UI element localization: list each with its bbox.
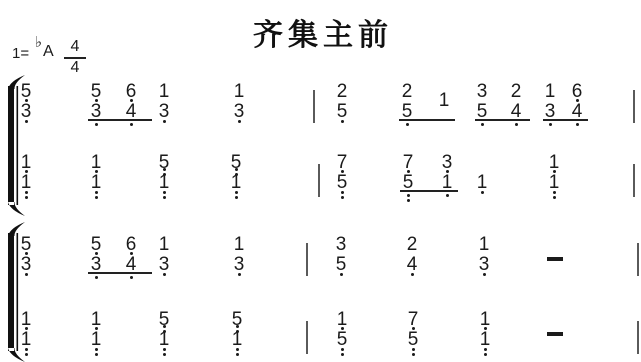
octave-dot [163,120,166,123]
octave-dot [484,348,487,351]
beam-underline [475,119,530,121]
octave-dot [576,123,579,126]
octave-dot [340,273,343,276]
note-digit: 3 [16,102,36,121]
octave-dot [481,123,484,126]
barline [306,321,308,354]
note-digit: 5 [331,255,351,274]
note-digit: 3 [154,102,174,121]
octave-dot [163,325,166,328]
octave-dot [163,273,166,276]
octave-dot [130,276,133,279]
beam-underline [543,119,588,121]
octave-dot [411,273,414,276]
note-digit: 2 [506,82,526,101]
octave-dot [25,273,28,276]
note-digit: 1 [229,235,249,254]
octave-dot [236,325,239,328]
barline [313,90,315,123]
note-digit: 1 [540,82,560,101]
octave-dot [95,353,98,356]
note-digit: 3 [16,255,36,274]
note-digit: 1 [86,173,106,192]
octave-dot [446,194,449,197]
octave-dot [163,168,166,171]
note-digit: 2 [397,82,417,101]
octave-dot [163,348,166,351]
octave-dot [25,353,28,356]
octave-dot [341,353,344,356]
octave-dot [95,276,98,279]
note-digit: 1 [154,235,174,254]
note-digit: 1 [475,330,495,349]
note-digit: 3 [229,255,249,274]
beam-underline [399,119,455,121]
octave-dot [481,191,484,194]
octave-dot [25,196,28,199]
note-digit: 1 [154,330,174,349]
octave-dot [25,191,28,194]
dash-extension [547,257,563,261]
octave-dot [553,191,556,194]
octave-dot [483,273,486,276]
barline [637,321,639,354]
barline [633,164,635,197]
octave-dot [484,353,487,356]
sheet-music-page: 齐集主前 1= ♭ A 4 4 535364131325251352413641… [0,0,641,362]
note-digit: 3 [474,255,494,274]
note-digit: 5 [403,330,423,349]
dash-extension [547,332,563,336]
octave-dot [341,120,344,123]
note-digit: 3 [154,255,174,274]
note-digit: 1 [154,82,174,101]
score-body: 5353641313252513524136411115151757531111… [0,0,641,362]
note-digit: 1 [154,173,174,192]
barline [318,164,320,197]
octave-dot [95,348,98,351]
note-digit: 1 [226,173,246,192]
octave-dot [412,353,415,356]
octave-dot [236,348,239,351]
note-digit: 3 [472,82,492,101]
note-digit: 1 [472,173,492,192]
octave-dot [235,168,238,171]
octave-dot [25,348,28,351]
octave-dot [236,353,239,356]
note-digit: 1 [229,82,249,101]
octave-dot [238,120,241,123]
note-digit: 2 [332,82,352,101]
octave-dot [406,123,409,126]
octave-dot [341,196,344,199]
note-digit: 1 [227,330,247,349]
note-digit: 5 [332,330,352,349]
note-digit: 1 [544,173,564,192]
beam-underline [400,190,458,192]
octave-dot [515,123,518,126]
note-digit: 4 [402,255,422,274]
note-digit: 1 [434,91,454,110]
octave-dot [235,191,238,194]
note-digit: 1 [86,330,106,349]
note-digit: 2 [402,235,422,254]
barline [637,243,639,276]
octave-dot [95,196,98,199]
note-digit: 5 [332,102,352,121]
note-digit: 1 [474,235,494,254]
octave-dot [163,196,166,199]
octave-dot [238,273,241,276]
octave-dot [412,348,415,351]
octave-dot [95,191,98,194]
beam-underline [88,272,152,274]
note-digit: 3 [229,102,249,121]
octave-dot [95,123,98,126]
octave-dot [130,123,133,126]
beam-underline [88,119,152,121]
octave-dot [549,123,552,126]
octave-dot [341,348,344,351]
octave-dot [407,194,410,197]
note-digit: 3 [331,235,351,254]
octave-dot [163,353,166,356]
octave-dot [25,120,28,123]
note-digit: 5 [332,173,352,192]
octave-dot [407,199,410,202]
octave-dot [235,196,238,199]
note-digit: 1 [16,330,36,349]
octave-dot [553,196,556,199]
barline [633,90,635,123]
barline [306,243,308,276]
octave-dot [341,191,344,194]
octave-dot [163,191,166,194]
note-digit: 1 [16,173,36,192]
